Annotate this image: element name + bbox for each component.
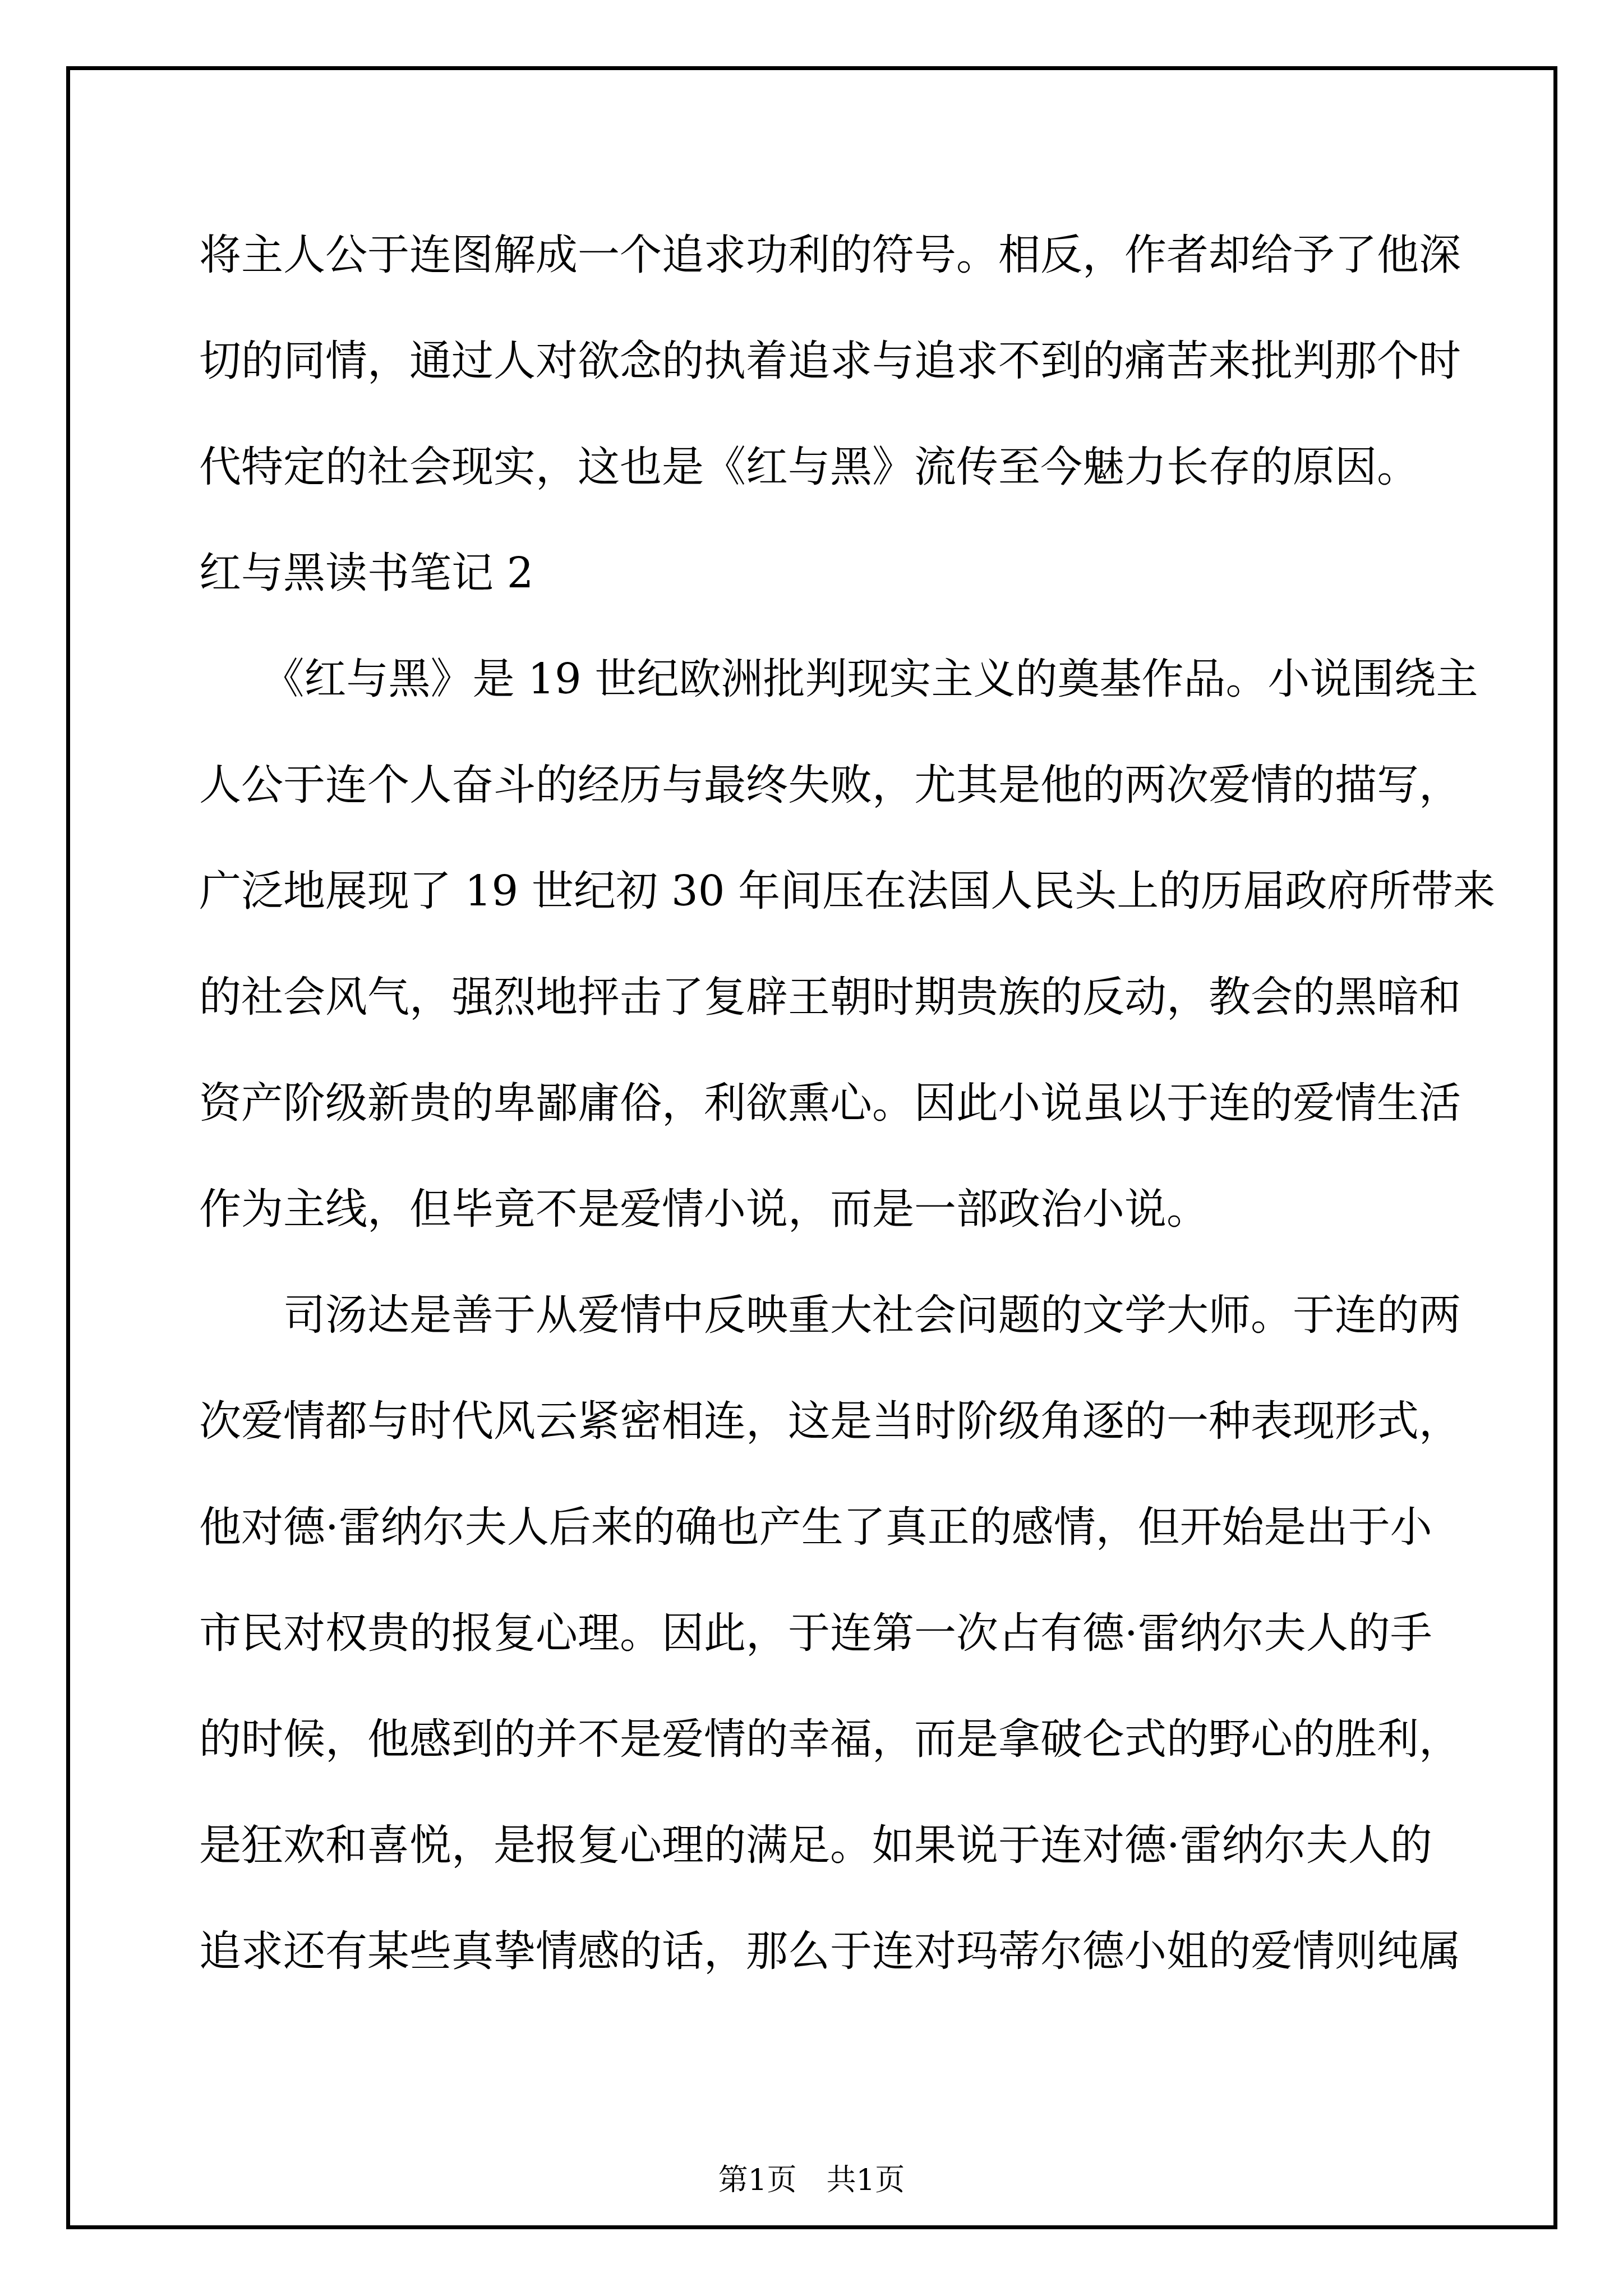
text-line: 次爱情都与时代风云紧密相连，这是当时阶级角逐的一种表现形式，: [199, 1368, 1461, 1474]
page-number-label: 第1页 共1页: [718, 2163, 905, 2197]
text-line: 作为主线，但毕竟不是爱情小说，而是一部政治小说。: [199, 1156, 1461, 1262]
text-line: 《红与黑》是 19 世纪欧洲批判现实主义的奠基作品。小说围绕主: [199, 626, 1461, 732]
text-line: 司汤达是善于从爱情中反映重大社会问题的文学大师。于连的两: [199, 1262, 1461, 1368]
text-line: 将主人公于连图解成一个追求功利的符号。相反，作者却给予了他深: [199, 202, 1461, 308]
text-line: 市民对权贵的报复心理。因此，于连第一次占有德·雷纳尔夫人的手: [199, 1580, 1461, 1686]
text-line: 是狂欢和喜悦，是报复心理的满足。如果说于连对德·雷纳尔夫人的: [199, 1792, 1461, 1898]
document-body: 将主人公于连图解成一个追求功利的符号。相反，作者却给予了他深 切的同情，通过人对…: [199, 202, 1461, 2004]
text-line: 切的同情，通过人对欲念的执着追求与追求不到的痛苦来批判那个时: [199, 308, 1461, 414]
text-line: 的时候，他感到的并不是爱情的幸福，而是拿破仑式的野心的胜利，: [199, 1686, 1461, 1792]
text-line: 资产阶级新贵的卑鄙庸俗，利欲熏心。因此小说虽以于连的爱情生活: [199, 1050, 1461, 1156]
text-line: 的社会风气，强烈地抨击了复辟王朝时期贵族的反动，教会的黑暗和: [199, 944, 1461, 1050]
section-heading-line: 红与黑读书笔记 2: [199, 520, 1461, 626]
text-line: 代特定的社会现实，这也是《红与黑》流传至今魅力长存的原因。: [199, 414, 1461, 520]
page-footer: 第1页 共1页: [0, 2163, 1623, 2198]
text-line: 人公于连个人奋斗的经历与最终失败，尤其是他的两次爱情的描写，: [199, 732, 1461, 838]
text-line: 广泛地展现了 19 世纪初 30 年间压在法国人民头上的历届政府所带来: [199, 838, 1461, 944]
document-page: 将主人公于连图解成一个追求功利的符号。相反，作者却给予了他深 切的同情，通过人对…: [0, 0, 1623, 2296]
text-line: 追求还有某些真挚情感的话，那么于连对玛蒂尔德小姐的爱情则纯属: [199, 1898, 1461, 2004]
text-line: 他对德·雷纳尔夫人后来的确也产生了真正的感情，但开始是出于小: [199, 1474, 1461, 1580]
